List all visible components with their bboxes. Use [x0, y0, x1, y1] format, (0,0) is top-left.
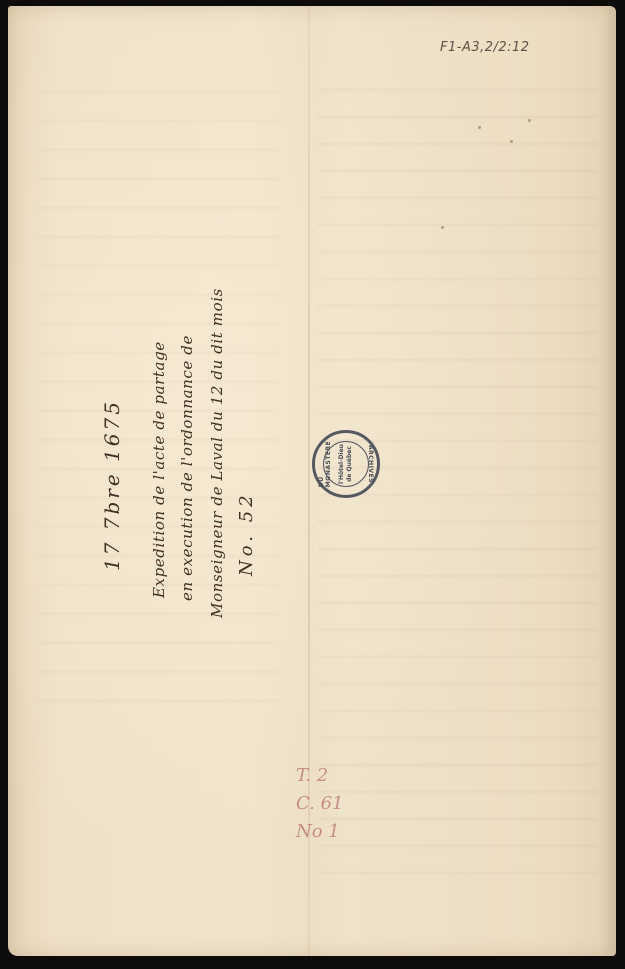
scan-image: F1-A3,2/2:12 17 7bre 1675 Expedition de … — [0, 0, 625, 969]
docket-description-line-1: Expedition de l'acte de partage — [150, 341, 168, 598]
foxing-spot — [510, 140, 513, 143]
stamp-center-line-1: l'Hôtel-Dieu — [338, 444, 346, 484]
pencil-note-cahier: C. 61 — [296, 790, 343, 818]
pencil-notes: T. 2 C. 61 No 1 — [296, 762, 343, 846]
docket-description-line-2: en execution de l'ordonnance de — [178, 335, 196, 601]
stamp-ring-text-top: DU MONASTERE — [318, 441, 332, 487]
foxing-spot — [528, 119, 531, 122]
archive-stamp: DU MONASTERE l'Hôtel-Dieu de Québec ARCH… — [312, 430, 380, 498]
foxing-spot — [478, 126, 481, 129]
stamp-ring-text-bottom: ARCHIVES — [367, 445, 374, 483]
stamp-center-line-2: de Québec — [346, 446, 354, 482]
docket-date: 17 7bre 1675 — [100, 399, 124, 571]
shelfmark-label: F1-A3,2/2:12 — [440, 40, 530, 55]
foxing-spot — [441, 226, 444, 229]
pencil-note-number: No 1 — [296, 818, 343, 846]
paper-sheet: F1-A3,2/2:12 17 7bre 1675 Expedition de … — [8, 6, 616, 956]
docket-description-line-3: Monseigneur de Laval du 12 du dit mois — [208, 288, 226, 618]
docket-number: No. 52 — [236, 491, 257, 576]
paper-edge — [602, 6, 616, 956]
pencil-note-tome: T. 2 — [296, 762, 343, 790]
